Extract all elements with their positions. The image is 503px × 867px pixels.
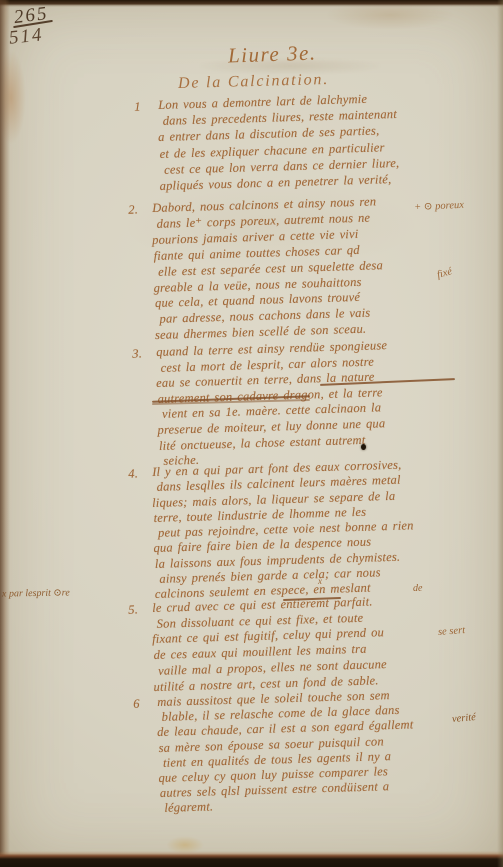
book-title: Liure 3e.: [228, 40, 317, 68]
margin-note-esprit: x par lesprit ⊙re: [2, 587, 70, 599]
page-edge-right: [497, 0, 503, 867]
stain: [166, 836, 204, 854]
paragraph: 6mais aussitost que le soleil touche son…: [157, 687, 416, 816]
paragraph: 4.Il y en a qui par art font des eaux co…: [152, 457, 416, 602]
paragraph: 5.le crud avec ce qui est entieremt parf…: [152, 594, 388, 695]
margin-note-verite: verité: [452, 712, 477, 725]
folio-number-bottom: 514: [8, 24, 45, 49]
page-edge-top: [0, 0, 503, 7]
paragraph-number: 6: [133, 697, 140, 712]
paragraph-number: 5.: [128, 602, 138, 618]
insertion-mark-x: x: [318, 576, 322, 586]
paragraph-number: 3.: [132, 346, 142, 362]
wormhole: [361, 444, 366, 450]
margin-note-fixe: fixé: [436, 266, 454, 281]
margin-note-de: de: [413, 583, 422, 594]
paragraph: 2.Dabord, nous calcinons et ainsy nous r…: [152, 194, 385, 344]
margin-note-poreux: + ⊙ poreux: [414, 199, 464, 214]
stain: [0, 50, 26, 145]
paragraph: 1Lon vous a demontre lart de lalchymieda…: [158, 90, 400, 194]
margin-note-se-sert: se sert: [438, 625, 466, 638]
page-edge-left: [0, 0, 10, 867]
stain: [325, 0, 455, 30]
paragraph-number: 4.: [128, 466, 138, 482]
page-edge-bottom: [0, 851, 503, 867]
paragraph-number: 1: [134, 99, 141, 115]
paragraph-number: 2.: [128, 202, 138, 218]
chapter-title: De la Calcination.: [178, 71, 329, 93]
manuscript-page: 265 514 Liure 3e. De la Calcination. 1Lo…: [0, 0, 503, 867]
